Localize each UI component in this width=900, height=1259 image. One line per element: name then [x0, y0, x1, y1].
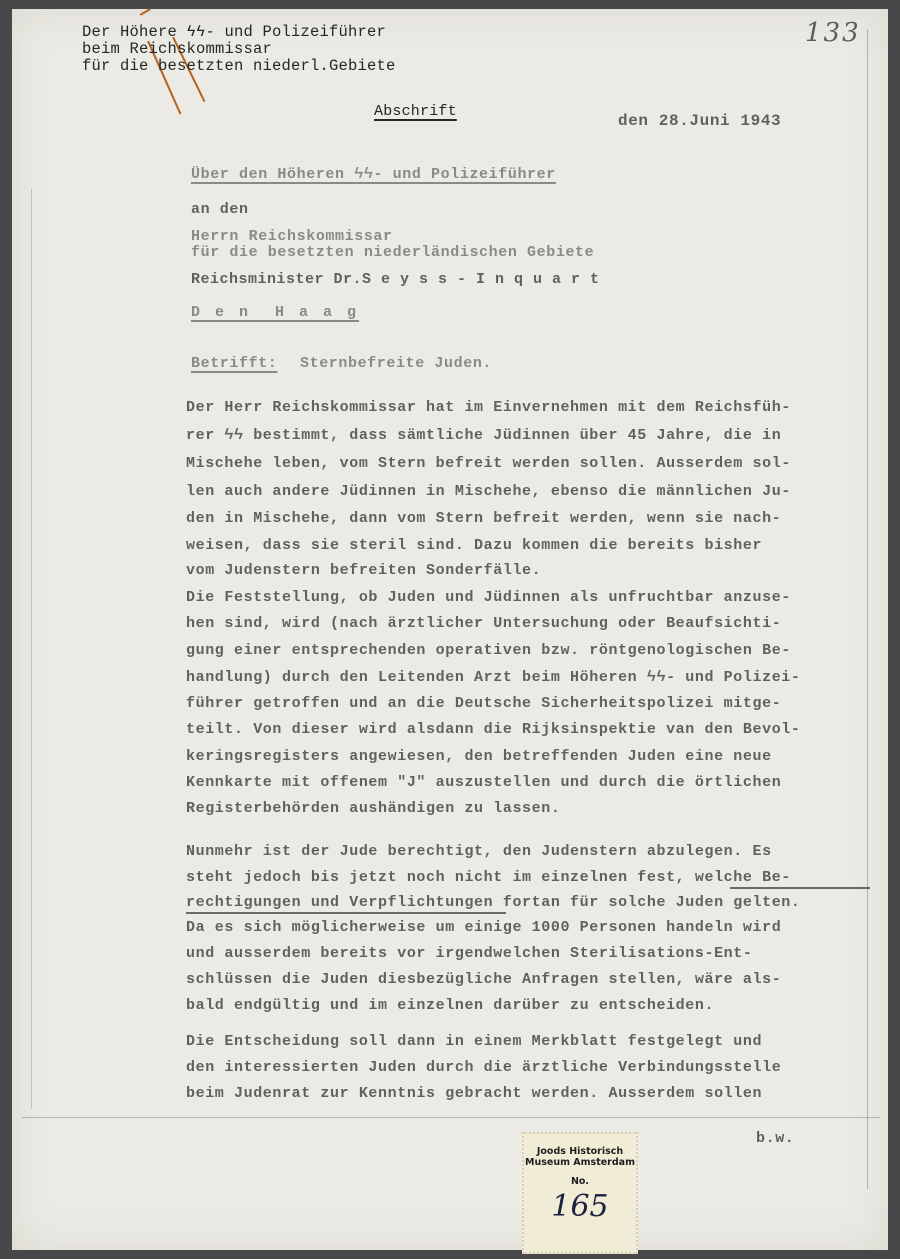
paragraph-line: gung einer entsprechenden operativen bzw…: [186, 642, 791, 659]
document-date: den 28.Juni 1943: [618, 112, 781, 130]
paragraph-line: und ausserdem bereits vor irgendwelchen …: [186, 945, 753, 962]
letterhead-line: Der Höhere ϟϟ- und Polizeiführer: [82, 24, 386, 41]
paragraph-line: schlüssen die Juden diesbezügliche Anfra…: [186, 971, 781, 988]
paragraph-line: keringsregisters angewiesen, den betreff…: [186, 748, 772, 765]
paragraph-line: teilt. Von dieser wird alsdann die Rijks…: [186, 721, 801, 738]
left-margin-line: [31, 189, 32, 1109]
paragraph-line: Registerbehörden aushändigen zu lassen.: [186, 800, 560, 817]
stamp-number-label: No.: [524, 1176, 636, 1187]
underline-mark: [186, 912, 506, 914]
paragraph-line: führer getroffen und an die Deutsche Sic…: [186, 695, 781, 712]
recipient-line: Reichsminister Dr.S e y s s - I n q u a …: [191, 271, 600, 288]
copy-label: Abschrift: [374, 103, 457, 120]
paragraph-line: Die Entscheidung soll dann in einem Merk…: [186, 1033, 762, 1050]
right-edge-line: [867, 29, 868, 1189]
stamp-handwritten-number: 165: [524, 1189, 636, 1224]
handwritten-page-number: 133: [805, 18, 861, 48]
subject-text: Sternbefreite Juden.: [300, 355, 492, 372]
stamp-institution-line: Joods Historisch: [524, 1146, 636, 1157]
paragraph-line: rechtigungen und Verpflichtungen fortan …: [186, 894, 801, 911]
via-line: Über den Höheren ϟϟ- und Polizeiführer: [191, 166, 556, 183]
paragraph-line: Kennkarte mit offenem "J" auszustellen u…: [186, 774, 781, 791]
paragraph-line: len auch andere Jüdinnen in Mischehe, eb…: [186, 483, 791, 500]
paragraph-line: Da es sich möglicherweise um einige 1000…: [186, 919, 781, 936]
paragraph-line: den in Mischehe, dann vom Stern befreit …: [186, 510, 781, 527]
stamp-institution-line: Museum Amsterdam: [524, 1157, 636, 1168]
paragraph-line: Die Feststellung, ob Juden und Jüdinnen …: [186, 589, 791, 606]
paragraph-line: Mischehe leben, vom Stern befreit werden…: [186, 455, 791, 472]
paragraph-line: vom Judenstern befreiten Sonderfälle.: [186, 562, 541, 579]
paragraph-line: rer ϟϟ bestimmt, dass sämtliche Jüdinnen…: [186, 427, 781, 444]
paragraph-line: Der Herr Reichskommissar hat im Einverne…: [186, 399, 791, 416]
letterhead-line: beim Reichskommissar: [82, 41, 272, 58]
paragraph-line: hen sind, wird (nach ärztlicher Untersuc…: [186, 615, 781, 632]
archive-stamp: Joods Historisch Museum Amsterdam No. 16…: [522, 1132, 638, 1254]
place-line: D e n H a a g: [191, 304, 359, 321]
subject-label: Betrifft:: [191, 355, 277, 372]
bottom-edge-line: [22, 1117, 880, 1118]
continuation-mark: b.w.: [756, 1130, 794, 1147]
paragraph-line: bald endgültig und im einzelnen darüber …: [186, 997, 714, 1014]
paragraph-line: handlung) durch den Leitenden Arzt beim …: [186, 669, 801, 686]
paragraph-line: steht jedoch bis jetzt noch nicht im ein…: [186, 869, 791, 886]
underline-mark: [730, 887, 870, 889]
to-prefix: an den: [191, 201, 249, 218]
paragraph-line: Nunmehr ist der Jude berechtigt, den Jud…: [186, 843, 772, 860]
paragraph-line: den interessierten Juden durch die ärztl…: [186, 1059, 781, 1076]
letterhead-line: für die besetzten niederl.Gebiete: [82, 58, 396, 75]
recipient-line: für die besetzten niederländischen Gebie…: [191, 244, 594, 261]
paragraph-line: beim Judenrat zur Kenntnis gebracht werd…: [186, 1085, 762, 1102]
recipient-line: Herrn Reichskommissar: [191, 228, 393, 245]
paragraph-line: weisen, dass sie steril sind. Dazu komme…: [186, 537, 762, 554]
